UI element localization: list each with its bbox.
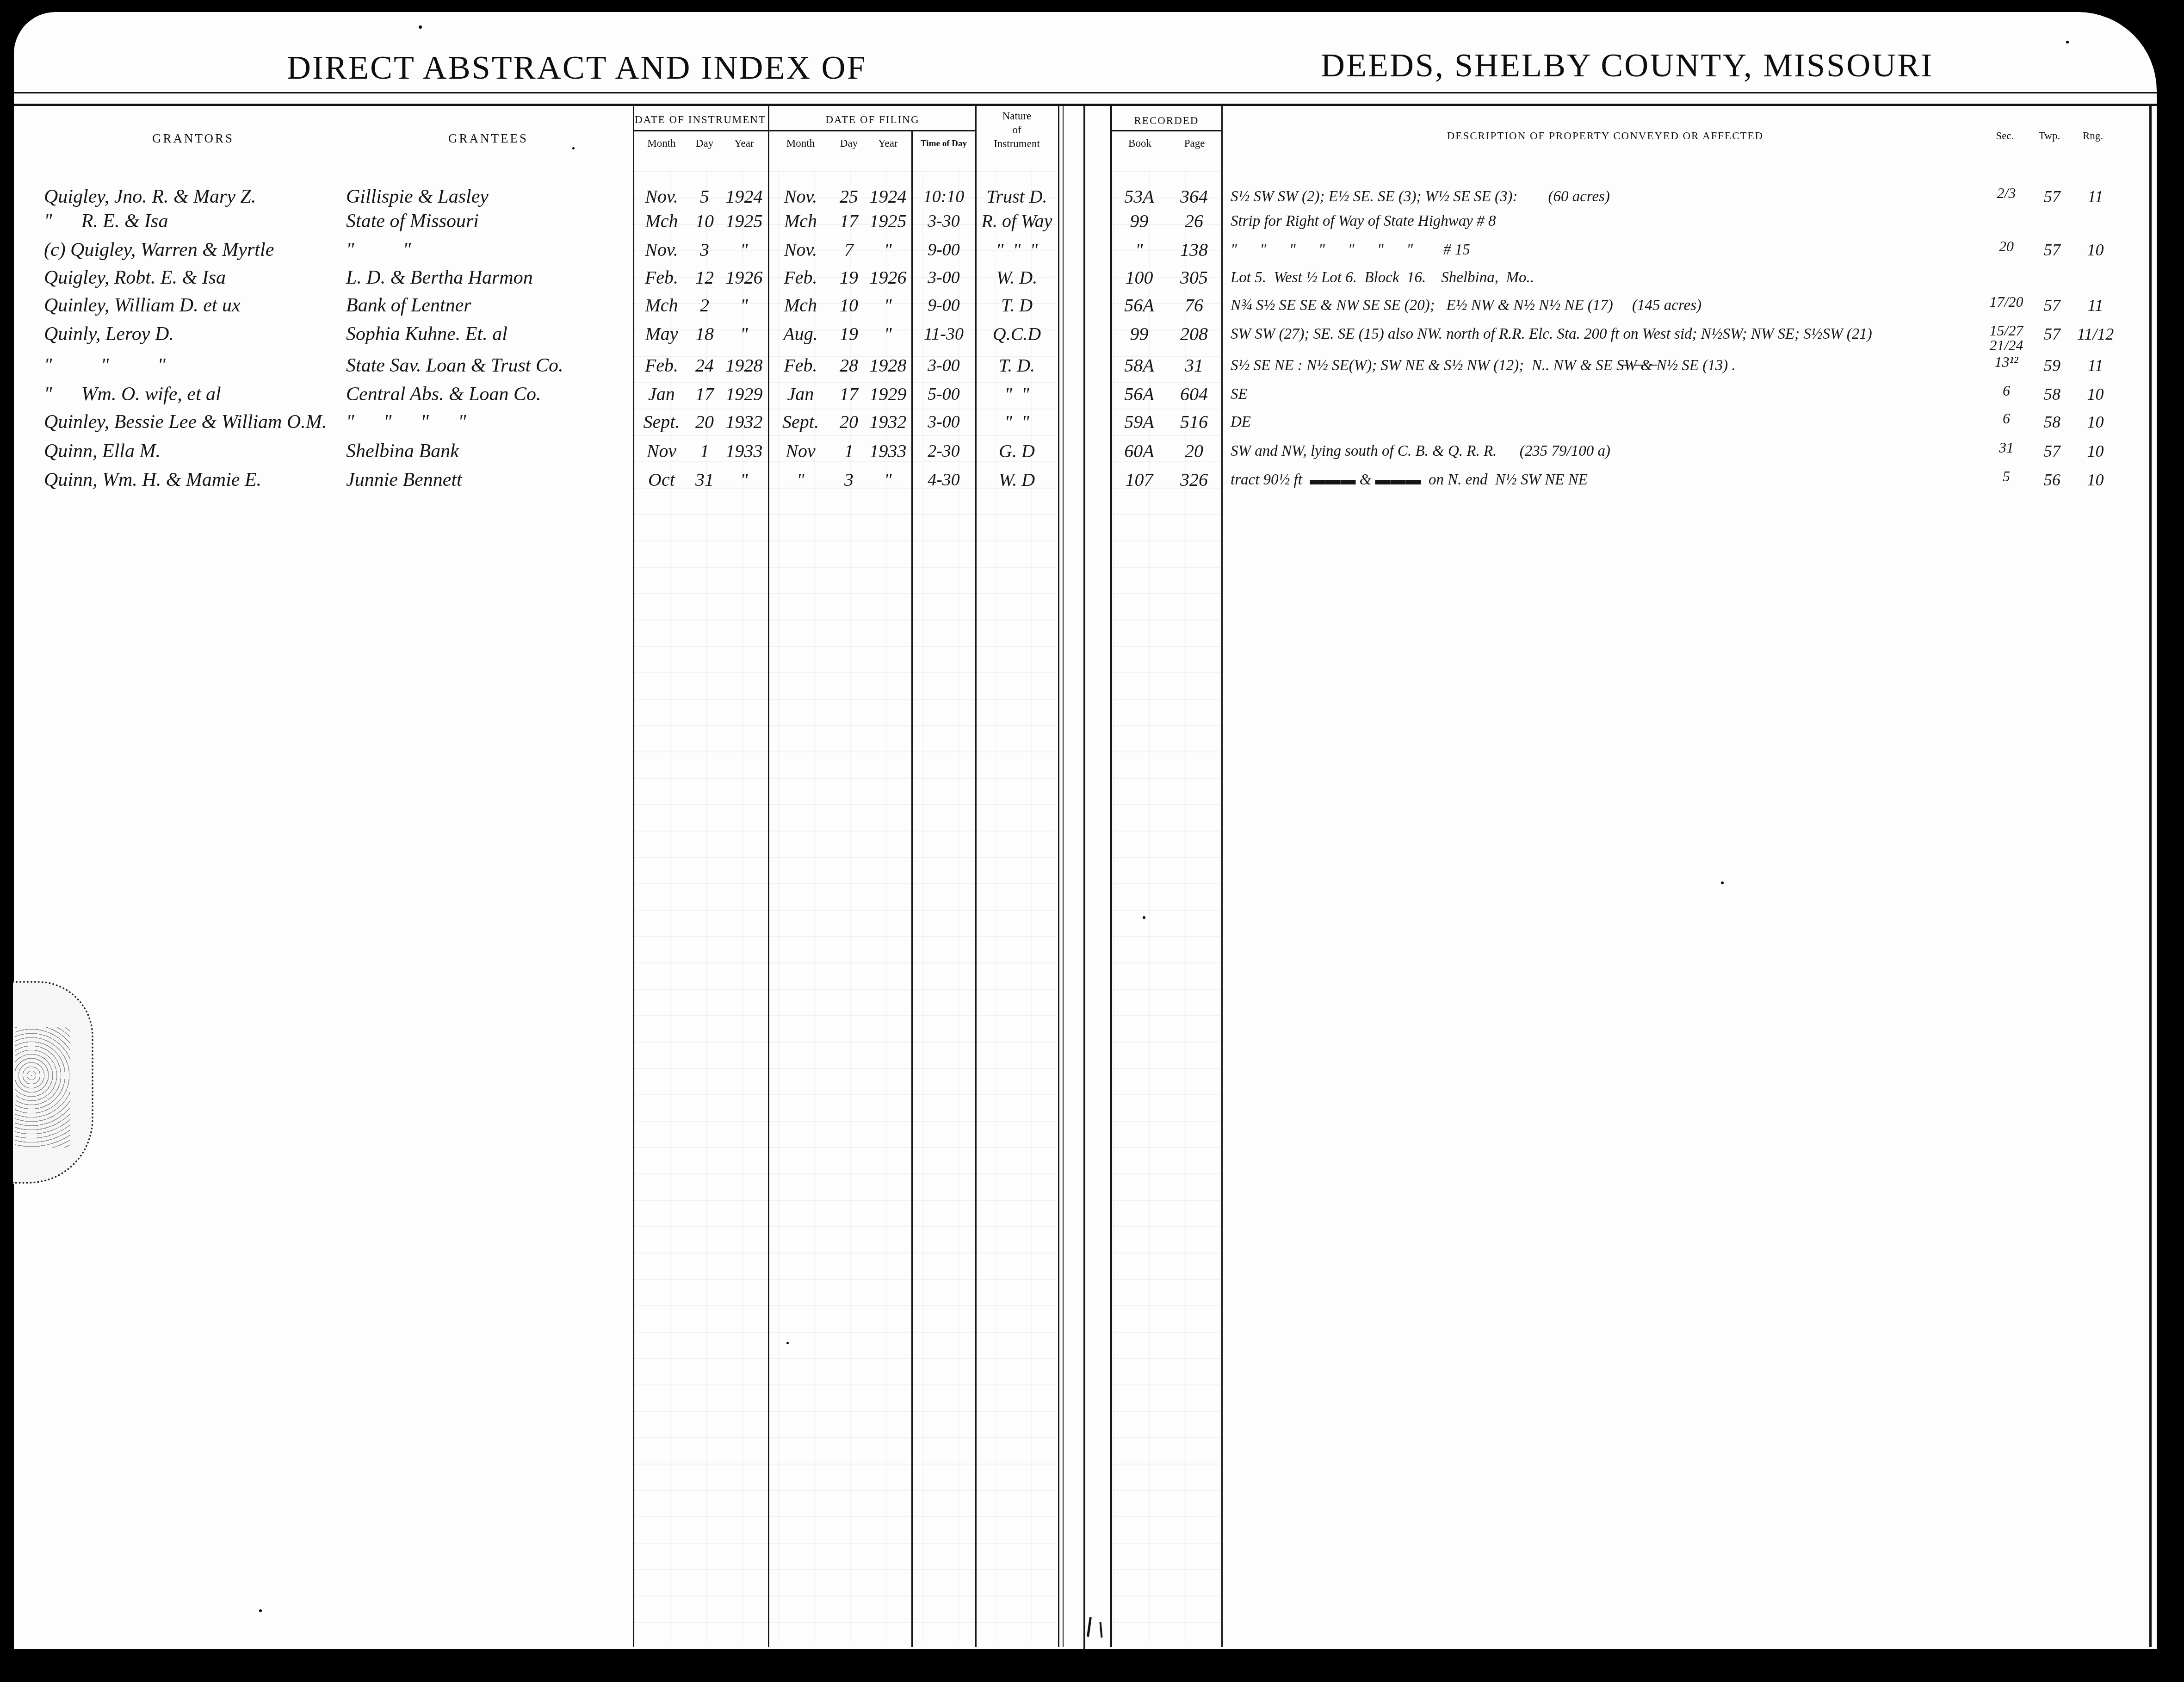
scanned-ledger-document: DIRECT ABSTRACT AND INDEX OF DEEDS, SHEL… — [0, 0, 2184, 1682]
twp-cell: 58 — [2032, 407, 2073, 437]
sec-cell: 17/20 — [1983, 294, 2030, 320]
instrument-year-cell: 1932 — [720, 407, 768, 437]
filing-day-cell: 7 — [830, 235, 867, 265]
time-of-day-cell: 5-00 — [914, 379, 974, 409]
twp-cell: 57 — [2032, 436, 2073, 466]
header-time-of-day: Time of Day — [912, 139, 975, 149]
scan-speck — [259, 1609, 262, 1612]
header-filing-month: Month — [772, 137, 829, 149]
rng-cell: 10 — [2073, 436, 2117, 466]
instrument-year-cell: " — [720, 465, 768, 495]
rng-cell — [2073, 206, 2117, 236]
rng-cell: 11/12 — [2073, 319, 2117, 349]
twp-cell — [2032, 206, 2073, 236]
scan-speck — [572, 147, 575, 149]
scan-speck — [2066, 41, 2069, 43]
instrument-day-cell: 24 — [688, 351, 721, 380]
header-date-of-instrument: DATE OF INSTRUMENT — [633, 114, 768, 126]
filing-month-cell: Feb. — [772, 263, 829, 292]
instrument-month-cell: Jan — [636, 379, 687, 409]
page-cell: 326 — [1168, 465, 1220, 495]
nature-cell: " " " — [977, 235, 1057, 265]
rule-under-recorded — [1112, 130, 1221, 131]
sec-cell — [1983, 267, 2030, 292]
instrument-year-cell: 1926 — [720, 263, 768, 292]
filing-day-cell: 17 — [830, 379, 867, 409]
right-page-title: DEEDS, SHELBY COUNTY, MISSOURI — [1321, 46, 1933, 85]
nature-cell: " " — [977, 379, 1057, 409]
instrument-day-cell: 10 — [688, 206, 721, 236]
filing-day-cell: 19 — [830, 319, 867, 349]
filing-year-cell: " — [866, 291, 910, 320]
twp-cell: 57 — [2032, 291, 2073, 320]
instrument-day-cell: 31 — [688, 465, 721, 495]
nature-cell: T. D. — [977, 351, 1057, 380]
header-nature-2: of — [977, 124, 1057, 136]
description-cell: N¾ S½ SE SE & NW SE SE (20); E½ NW & N½ … — [1231, 291, 1982, 320]
time-of-day-cell: 11-30 — [914, 319, 974, 349]
filing-year-cell: 1933 — [866, 436, 910, 466]
header-filing-year: Year — [866, 137, 910, 149]
scan-edge-top — [0, 0, 2184, 12]
sec-cell: 6 — [1983, 411, 2030, 437]
description-cell: SW and NW, lying south of C. B. & Q. R. … — [1231, 436, 1982, 466]
filing-year-cell: 1932 — [866, 407, 910, 437]
rule-under-dof — [768, 130, 976, 131]
book-cell: 58A — [1113, 351, 1166, 380]
description-cell: S½ SE NE : N½ SE(W); SW NE & S½ NW (12);… — [1231, 351, 1982, 380]
filing-month-cell: Mch — [772, 206, 829, 236]
grantee-cell: " " " " — [346, 407, 631, 437]
scan-speck — [786, 1342, 789, 1344]
filing-month-cell: Feb. — [772, 351, 829, 380]
filing-year-cell: 1926 — [866, 263, 910, 292]
table-row: Quinly, Leroy D. Sophia Kuhne. Et. al Ma… — [0, 319, 2184, 349]
description-cell: SE — [1231, 379, 1982, 409]
scan-edge-right — [2157, 0, 2184, 1682]
nature-cell: T. D — [977, 291, 1057, 320]
sec-cell: 31 — [1983, 440, 2030, 466]
grantee-cell: Central Abs. & Loan Co. — [346, 379, 631, 409]
book-cell: 59A — [1113, 407, 1166, 437]
instrument-year-cell: 1928 — [720, 351, 768, 380]
twp-cell: 59 — [2032, 351, 2073, 380]
instrument-month-cell: Feb. — [636, 263, 687, 292]
header-grantors: GRANTORS — [44, 131, 342, 146]
book-cell: 107 — [1113, 465, 1166, 495]
time-of-day-cell: 3-30 — [914, 206, 974, 236]
table-row: " Wm. O. wife, et al Central Abs. & Loan… — [0, 379, 2184, 409]
sec-cell: 6 — [1983, 383, 2030, 409]
left-page-title: DIRECT ABSTRACT AND INDEX OF — [287, 49, 866, 87]
scan-speck — [419, 25, 422, 29]
rule-under-doi — [633, 130, 768, 131]
nature-cell: G. D — [977, 436, 1057, 466]
instrument-year-cell: 1929 — [720, 379, 768, 409]
twp-cell — [2032, 263, 2073, 292]
book-cell: 56A — [1113, 291, 1166, 320]
grantor-cell: (c) Quigley, Warren & Myrtle — [44, 235, 342, 265]
filing-month-cell: Jan — [772, 379, 829, 409]
instrument-year-cell: 1925 — [720, 206, 768, 236]
sec-cell: 20 — [1983, 239, 2030, 265]
instrument-month-cell: May — [636, 319, 687, 349]
twp-cell: 56 — [2032, 465, 2073, 495]
header-grantees: GRANTEES — [346, 131, 631, 146]
instrument-day-cell: 2 — [688, 291, 721, 320]
instrument-year-cell: " — [720, 319, 768, 349]
description-cell: DE — [1231, 407, 1982, 437]
sec-cell: 5 — [1983, 469, 2030, 495]
twp-cell: 58 — [2032, 379, 2073, 409]
header-date-of-filing: DATE OF FILING — [769, 114, 976, 126]
rng-cell: 10 — [2073, 379, 2117, 409]
header-page: Page — [1169, 137, 1219, 149]
page-cell: 208 — [1168, 319, 1220, 349]
sec-cell — [1983, 210, 2030, 236]
scan-edge-left — [0, 0, 14, 1682]
rng-cell: 11 — [2073, 351, 2117, 380]
header-instrument-day: Day — [688, 137, 721, 149]
filing-day-cell: 1 — [830, 436, 867, 466]
rng-cell: 11 — [2073, 291, 2117, 320]
filing-year-cell: 1929 — [866, 379, 910, 409]
twp-cell: 57 — [2032, 235, 2073, 265]
instrument-day-cell: 3 — [688, 235, 721, 265]
top-rule-2 — [14, 104, 2157, 106]
scan-speck — [436, 66, 439, 68]
description-cell: " " " " " " " # 15 — [1231, 235, 1982, 265]
header-twp: Twp. — [2028, 130, 2071, 142]
instrument-year-cell: " — [720, 291, 768, 320]
book-cell: 99 — [1113, 206, 1166, 236]
page-cell: 516 — [1168, 407, 1220, 437]
filing-day-cell: 17 — [830, 206, 867, 236]
filing-year-cell: " — [866, 235, 910, 265]
grantee-cell: Junnie Bennett — [346, 465, 631, 495]
filing-month-cell: Mch — [772, 291, 829, 320]
sec-cell: 15/27 21/24 — [1983, 323, 2030, 349]
filing-month-cell: Nov — [772, 436, 829, 466]
nature-cell: W. D — [977, 465, 1057, 495]
instrument-month-cell: Mch — [636, 206, 687, 236]
filing-day-cell: 28 — [830, 351, 867, 380]
description-cell: Lot 5. West ½ Lot 6. Block 16. Shelbina,… — [1231, 263, 1982, 292]
page-curl-texture — [15, 1027, 70, 1148]
instrument-day-cell: 12 — [688, 263, 721, 292]
header-book: Book — [1114, 137, 1166, 149]
filing-month-cell: " — [772, 465, 829, 495]
instrument-day-cell: 1 — [688, 436, 721, 466]
header-sec: Sec. — [1984, 130, 2026, 142]
table-row: Quinn, Ella M. Shelbina Bank Nov 1 1933 … — [0, 436, 2184, 466]
filing-day-cell: 10 — [830, 291, 867, 320]
filing-month-cell: Nov. — [772, 235, 829, 265]
sec-cell: 13¹² — [1983, 354, 2030, 380]
scan-speck — [1721, 881, 1724, 884]
header-filing-day: Day — [830, 137, 867, 149]
grantor-cell: " R. E. & Isa — [44, 206, 342, 236]
page-cell: 31 — [1168, 351, 1220, 380]
book-cell: " — [1113, 235, 1166, 265]
instrument-month-cell: Nov — [636, 436, 687, 466]
filing-day-cell: 3 — [830, 465, 867, 495]
grantor-cell: Quinn, Ella M. — [44, 436, 342, 466]
table-row: " R. E. & Isa State of Missouri Mch 10 1… — [0, 206, 2184, 236]
rng-cell: 10 — [2073, 407, 2117, 437]
instrument-month-cell: Nov. — [636, 235, 687, 265]
grantor-cell: Quinly, Leroy D. — [44, 319, 342, 349]
page-cell: 20 — [1168, 436, 1220, 466]
header-nature-3: Instrument — [977, 138, 1057, 150]
rng-cell: 10 — [2073, 235, 2117, 265]
grantee-cell: State Sav. Loan & Trust Co. — [346, 351, 631, 380]
grantee-cell: " " — [346, 235, 631, 265]
header-nature-1: Nature — [977, 110, 1057, 122]
page-cell: 76 — [1168, 291, 1220, 320]
header-instrument-year: Year — [720, 137, 768, 149]
header-recorded: RECORDED — [1112, 115, 1221, 127]
grantor-cell: Quinn, Wm. H. & Mamie E. — [44, 465, 342, 495]
scan-edge-bottom — [0, 1649, 2184, 1682]
grantee-cell: Sophia Kuhne. Et. al — [346, 319, 631, 349]
header-description: DESCRIPTION OF PROPERTY CONVEYED OR AFFE… — [1231, 130, 1980, 142]
table-row: (c) Quigley, Warren & Myrtle " " Nov. 3 … — [0, 235, 2184, 265]
time-of-day-cell: 3-00 — [914, 351, 974, 380]
time-of-day-cell: 4-30 — [914, 465, 974, 495]
instrument-year-cell: " — [720, 235, 768, 265]
nature-cell: " " — [977, 407, 1057, 437]
filing-year-cell: " — [866, 465, 910, 495]
table-row: " " " State Sav. Loan & Trust Co. Feb. 2… — [0, 351, 2184, 380]
time-of-day-cell: 3-00 — [914, 407, 974, 437]
filing-month-cell: Sept. — [772, 407, 829, 437]
filing-day-cell: 20 — [830, 407, 867, 437]
description-cell: Strip for Right of Way of State Highway … — [1231, 206, 1982, 236]
grantee-cell: Shelbina Bank — [346, 436, 631, 466]
page-cell: 138 — [1168, 235, 1220, 265]
nature-cell: R. of Way — [977, 206, 1057, 236]
book-cell: 56A — [1113, 379, 1166, 409]
table-row: Quinley, William D. et ux Bank of Lentne… — [0, 291, 2184, 320]
table-row: Quinley, Bessie Lee & William O.M. " " "… — [0, 407, 2184, 437]
grantor-cell: " " " — [44, 351, 342, 380]
book-cell: 99 — [1113, 319, 1166, 349]
header-instrument-month: Month — [636, 137, 687, 149]
grantee-cell: State of Missouri — [346, 206, 631, 236]
instrument-day-cell: 20 — [688, 407, 721, 437]
time-of-day-cell: 9-00 — [914, 235, 974, 265]
filing-year-cell: " — [866, 319, 910, 349]
grantor-cell: Quinley, William D. et ux — [44, 291, 342, 320]
table-row: Quigley, Robt. E. & Isa L. D. & Bertha H… — [0, 263, 2184, 292]
description-cell: SW SW (27); SE. SE (15) also NW. north o… — [1231, 319, 1982, 349]
time-of-day-cell: 3-00 — [914, 263, 974, 292]
header-rng: Rng. — [2072, 130, 2114, 142]
instrument-month-cell: Feb. — [636, 351, 687, 380]
grantor-cell: " Wm. O. wife, et al — [44, 379, 342, 409]
instrument-year-cell: 1933 — [720, 436, 768, 466]
instrument-month-cell: Sept. — [636, 407, 687, 437]
nature-cell: W. D. — [977, 263, 1057, 292]
time-of-day-cell: 2-30 — [914, 436, 974, 466]
instrument-day-cell: 17 — [688, 379, 721, 409]
filing-year-cell: 1928 — [866, 351, 910, 380]
grantee-cell: Bank of Lentner — [346, 291, 631, 320]
page-cell: 604 — [1168, 379, 1220, 409]
time-of-day-cell: 9-00 — [914, 291, 974, 320]
book-cell: 100 — [1113, 263, 1166, 292]
rng-cell: 10 — [2073, 465, 2117, 495]
twp-cell: 57 — [2032, 319, 2073, 349]
top-rule-1 — [14, 92, 2157, 93]
table-row: Quinn, Wm. H. & Mamie E. Junnie Bennett … — [0, 465, 2184, 495]
rng-cell — [2073, 263, 2117, 292]
instrument-day-cell: 18 — [688, 319, 721, 349]
instrument-month-cell: Mch — [636, 291, 687, 320]
nature-cell: Q.C.D — [977, 319, 1057, 349]
page-cell: 305 — [1168, 263, 1220, 292]
instrument-month-cell: Oct — [636, 465, 687, 495]
filing-month-cell: Aug. — [772, 319, 829, 349]
filing-year-cell: 1925 — [866, 206, 910, 236]
page-cell: 26 — [1168, 206, 1220, 236]
grantor-cell: Quinley, Bessie Lee & William O.M. — [44, 407, 342, 437]
scan-speck — [1143, 916, 1145, 919]
filing-day-cell: 19 — [830, 263, 867, 292]
grantee-cell: L. D. & Bertha Harmon — [346, 263, 631, 292]
book-cell: 60A — [1113, 436, 1166, 466]
grantor-cell: Quigley, Robt. E. & Isa — [44, 263, 342, 292]
description-cell: tract 90½ ft ▬▬▬ & ▬▬▬ on N. end N½ SW N… — [1231, 465, 1982, 495]
